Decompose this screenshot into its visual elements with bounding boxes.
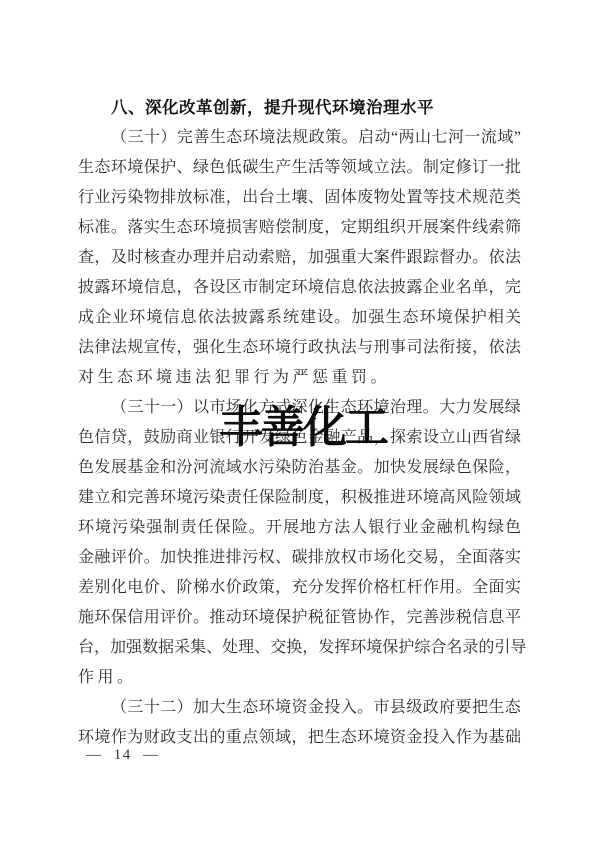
document-page: 八、深化改革创新，提升现代环境治理水平 （三十）完善生态环境法规政策。启动“两山… — [0, 0, 600, 848]
text-line: 色发展基金和汾河流域水污染防治基金。加快发展绿色保险， — [78, 453, 521, 483]
page-number: — 14 — — [86, 747, 160, 764]
text-line: 法律法规宣传，强化生态环境行政执法与刑事司法衔接，依法 — [78, 333, 521, 363]
text-line: 作用。 — [78, 663, 521, 693]
text-line: 查，及时核查办理并启动索赔，加强重大案件跟踪督办。依法 — [78, 243, 521, 273]
text-line: （三十二）加大生态环境资金投入。市县级政府要把生态 — [78, 693, 521, 723]
section-heading: 八、深化改革创新，提升现代环境治理水平 — [78, 93, 521, 123]
paragraph-30: （三十）完善生态环境法规政策。启动“两山七河一流域” 生态环境保护、绿色低碳生产… — [78, 123, 521, 393]
text-line: 施环保信用评价。推动环境保护税征管协作，完善涉税信息平 — [78, 603, 521, 633]
text-line: 标准。落实生态环境损害赔偿制度，定期组织开展案件线索筛 — [78, 213, 521, 243]
paragraph-32: （三十二）加大生态环境资金投入。市县级政府要把生态 环境作为财政支出的重点领域，… — [78, 693, 521, 753]
text-line: 建立和完善环境污染责任保险制度，积极推进环境高风险领域 — [78, 483, 521, 513]
text-line: 金融评价。加快推进排污权、碳排放权市场化交易，全面落实 — [78, 543, 521, 573]
text-line: 披露环境信息，各设区市制定环境信息依法披露企业名单，完 — [78, 273, 521, 303]
text-line: 差别化电价、阶梯水价政策，充分发挥价格杠杆作用。全面实 — [78, 573, 521, 603]
text-line: 对生态环境违法犯罪行为严惩重罚。 — [78, 363, 521, 393]
text-line: 行业污染物排放标准，出台土壤、固体废物处置等技术规范类 — [78, 183, 521, 213]
text-line: 成企业环境信息依法披露系统建设。加强生态环境保护相关 — [78, 303, 521, 333]
text-line: 台，加强数据采集、处理、交换，发挥环境保护综合名录的引导 — [78, 633, 521, 663]
text-line: 生态环境保护、绿色低碳生产生活等领域立法。制定修订一批 — [78, 153, 521, 183]
text-line: （三十）完善生态环境法规政策。启动“两山七河一流域” — [78, 123, 521, 153]
watermark-stamp: 丰善化工 — [219, 391, 387, 455]
text-line: 环境污染强制责任保险。开展地方法人银行业金融机构绿色 — [78, 513, 521, 543]
